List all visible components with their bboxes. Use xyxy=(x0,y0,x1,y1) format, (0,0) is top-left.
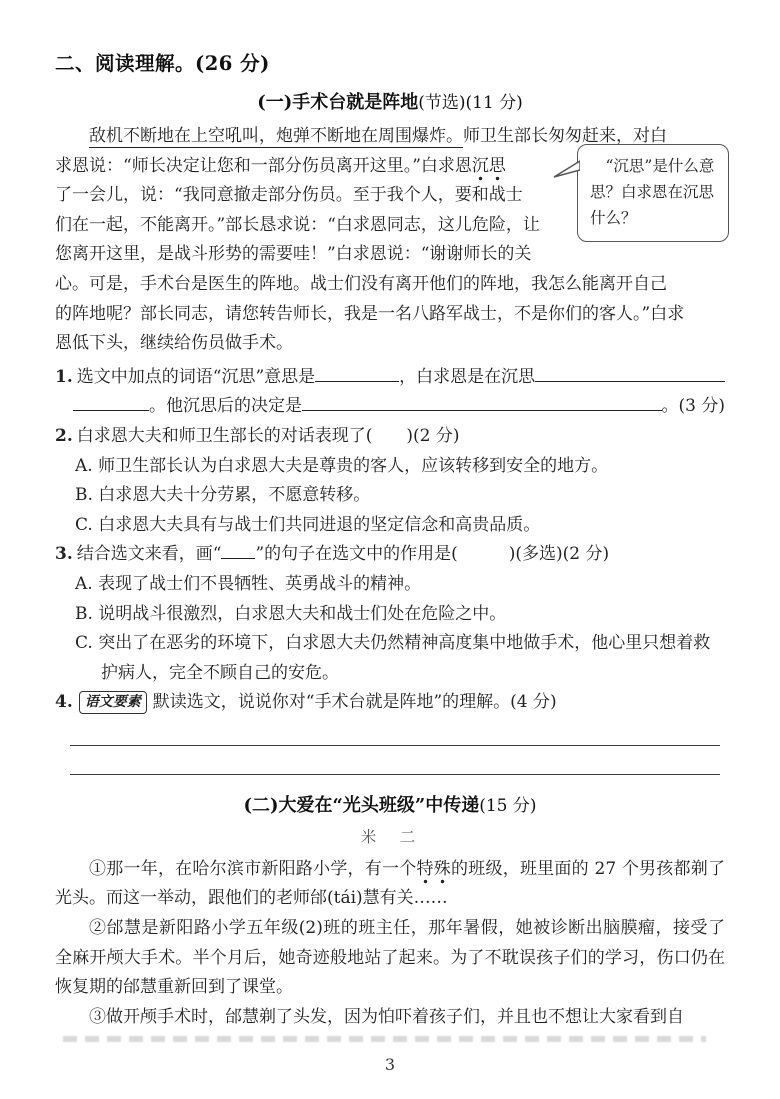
q3-stem-post: ”的句子在选文中的作用是( )(多选)(2 分) xyxy=(255,544,609,564)
reading2-paragraph-3: ③做开颅手术时，邰慧剃了头发，因为怕吓着孩子们，并且也不想让大家看到自 xyxy=(55,1003,725,1033)
q3-option-c: C. 突出了在恶劣的环境下，白求恩大夫仍然精神高度集中地做手术，他心里只想着救护… xyxy=(75,629,725,688)
reading1-title: (一)手术台就是阵地(节选)(11 分) xyxy=(55,88,725,114)
answer-blank xyxy=(73,393,149,411)
answer-blank xyxy=(315,364,399,382)
q2-stem-line: 2.白求恩大夫和师卫生部长的对话表现了( )(2 分) xyxy=(55,422,725,452)
passage-line: 您离开这里，是战斗形势的需要哇！”白求恩说：“谢谢师长的关 xyxy=(55,240,725,270)
bubble-tail-icon xyxy=(553,159,580,181)
page-number: 3 xyxy=(0,1055,780,1074)
bubble-text: “沉思”是什么意思？白求恩在沉思什么？ xyxy=(590,157,714,227)
answer-blank xyxy=(302,393,662,411)
q4-stem-line: 4.语文要素默读选文，说说你对“手术台就是阵地”的理解。(4 分) xyxy=(55,688,725,718)
q1-text-1: 选文中加点的词语“沉思”意思是 xyxy=(77,363,315,393)
q3-option-b: B. 说明战斗很激烈，白求恩大夫和战士们处在危险之中。 xyxy=(75,600,725,630)
q1-line2: 。他沉思后的决定是。(3 分) xyxy=(73,392,725,422)
reading2-title-main: (二)大爱在“光头班级”中传递 xyxy=(243,795,479,816)
question-4: 4.语文要素默读选文，说说你对“手术台就是阵地”的理解。(4 分) xyxy=(55,688,725,775)
passage-line: 心。可是，手术台是医生的阵地。战士们没有离开他们的阵地，我怎么能离开自己 xyxy=(55,270,725,300)
cutoff-faded-line xyxy=(63,1036,706,1042)
answer-blank xyxy=(535,364,725,382)
reading1-title-main: (一)手术台就是阵地 xyxy=(257,92,418,113)
underlined-sentence: 敌机不断地在上空吼叫，炮弹不断地在周围爆炸。 xyxy=(89,126,463,148)
reading2-title: (二)大爱在“光头班级”中传递(15 分) xyxy=(55,791,725,817)
test-paper-page: 二、阅读理解。(26 分) (一)手术台就是阵地(节选)(11 分) “沉思”是… xyxy=(0,0,780,1099)
q1-text-2: ，白求恩是在沉思 xyxy=(399,363,535,393)
q3-number: 3. xyxy=(55,544,73,564)
q2-option-a: A. 师卫生部长认为白求恩大夫是尊贵的客人，应该转移到安全的地方。 xyxy=(75,452,725,482)
author-line: 米 二 xyxy=(55,825,725,847)
question-1: 1.选文中加点的词语“沉思”意思是，白求恩是在沉思 。他沉思后的决定是。(3 分… xyxy=(55,363,725,422)
reading2-title-suffix: (15 分) xyxy=(479,796,536,816)
q1-text-3: 。他沉思后的决定是 xyxy=(149,392,302,422)
emphasized-word: 沉思 xyxy=(472,156,506,181)
passage-text: 求恩说：“师长决定让您和一部分伤员离开这里。”白求恩 xyxy=(55,156,472,176)
passage-line: 的阵地呢？部长同志，请您转告师长，我是一名八路军战士，不是你们的客人。”白求 xyxy=(55,300,725,330)
q2-stem: 白求恩大夫和师卫生部长的对话表现了( )(2 分) xyxy=(77,426,460,446)
reading1-title-suffix: (节选)(11 分) xyxy=(418,93,523,113)
answer-line xyxy=(70,744,720,746)
q2-option-c: C. 白求恩大夫具有与战士们共同进退的坚定信念和高贵品质。 xyxy=(75,511,725,541)
q1-line1: 1.选文中加点的词语“沉思”意思是，白求恩是在沉思 xyxy=(55,363,725,393)
q2-number: 2. xyxy=(55,426,73,446)
reading2-paragraph-1: ①那一年，在哈尔滨市新阳路小学，有一个特殊的班级，班里面的 27 个男孩都剃了光… xyxy=(55,855,725,914)
question-3: 3.结合选文来看，画“”的句子在选文中的作用是( )(多选)(2 分) A. 表… xyxy=(55,540,725,688)
passage-line: 恩低下头，继续给伤员做手术。 xyxy=(55,329,725,359)
q2-option-b: B. 白求恩大夫十分劳累，不愿意转移。 xyxy=(75,481,725,511)
reading2-paragraph-2: ②邰慧是新阳路小学五年级(2)班的班主任，那年暑假，她被诊断出脑膜瘤，接受了全麻… xyxy=(55,914,725,1003)
q3-stem-line: 3.结合选文来看，画“”的句子在选文中的作用是( )(多选)(2 分) xyxy=(55,540,725,570)
q3-stem-pre: 结合选文来看，画“ xyxy=(77,544,222,564)
answer-blank xyxy=(221,541,255,559)
reading1-passage: “沉思”是什么意思？白求恩在沉思什么？ 敌机不断地在上空吼叫，炮弹不断地在周围爆… xyxy=(55,122,725,359)
section-header: 二、阅读理解。(26 分) xyxy=(55,48,725,76)
emphasized-word: 特殊 xyxy=(417,859,451,884)
keyword-badge: 语文要素 xyxy=(79,691,147,714)
q1-text-4: 。(3 分) xyxy=(662,392,725,422)
q4-stem: 默读选文，说说你对“手术台就是阵地”的理解。(4 分) xyxy=(153,692,557,712)
para1-text: ①那一年，在哈尔滨市新阳路小学，有一个 xyxy=(89,859,417,879)
question-2: 2.白求恩大夫和师卫生部长的对话表现了( )(2 分) A. 师卫生部长认为白求… xyxy=(55,422,725,540)
thought-bubble: “沉思”是什么意思？白求恩在沉思什么？ xyxy=(577,144,729,242)
q4-number: 4. xyxy=(55,692,73,712)
passage-text: 师卫生部长匆匆赶来，对白 xyxy=(463,126,667,146)
q1-number: 1. xyxy=(55,363,73,393)
answer-line xyxy=(70,773,720,775)
q3-option-a: A. 表现了战士们不畏牺牲、英勇战斗的精神。 xyxy=(75,570,725,600)
